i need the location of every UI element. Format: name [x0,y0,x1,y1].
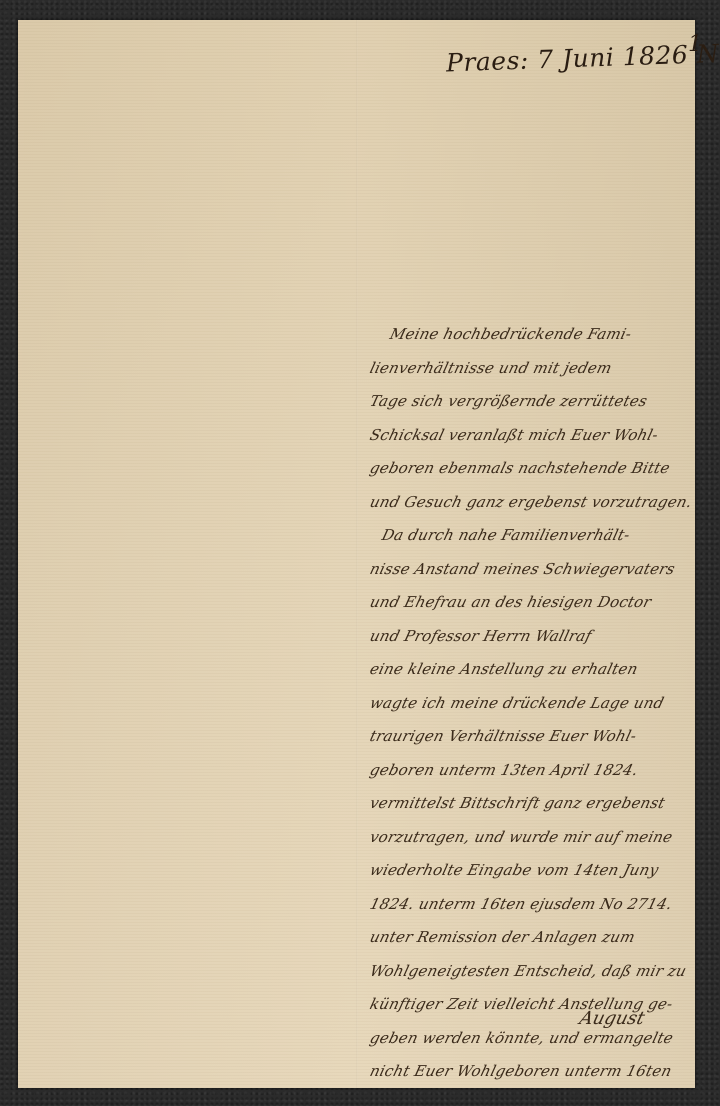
catchword: August [577,1008,646,1029]
paper-fold-line [356,20,358,1088]
letter-page: Praes: 7 Juni 1826 No. 1656 1 Meine hoch… [18,20,695,1088]
body-line: eine kleine Anstellung zu erhalten [366,653,699,687]
body-line: geboren ebenmals nachstehende Bitte [366,452,699,486]
body-line: geben werden könnte, und ermangelte [366,1022,699,1056]
body-line: wagte ich meine drückende Lage und [366,687,699,721]
body-line: wiederholte Eingabe vom 14ten Juny [366,854,699,888]
body-line: 1824. unterm 16ten ejusdem No 2714. [366,888,699,922]
body-line: und Ehefrau an des hiesigen Doctor [366,586,699,620]
body-line: lienverhältnisse und mit jedem [366,352,699,386]
body-line: traurigen Verhältnisse Euer Wohl- [366,720,699,754]
body-line: vermittelst Bittschrift ganz ergebenst [366,787,699,821]
body-line: geboren unterm 13ten April 1824. [366,754,699,788]
body-line: nicht Euer Wohlgeboren unterm 16ten [366,1055,699,1089]
folio-number: 1 [688,32,702,57]
letter-body: Meine hochbedrückende Fami- lienverhältn… [370,318,695,1089]
receipt-annotation: Praes: 7 Juni 1826 No. 1656 [446,36,720,78]
body-line: Schicksal veranlaßt mich Euer Wohl- [366,419,699,453]
body-line: und Professor Herrn Wallraf [366,620,699,654]
body-line: und Gesuch ganz ergebenst vorzutragen. [366,486,699,520]
body-line: künftiger Zeit vielleicht Anstellung ge- [366,988,699,1022]
body-line: unter Remission der Anlagen zum [366,921,699,955]
body-line: Meine hochbedrückende Fami- [366,318,699,352]
body-line: nisse Anstand meines Schwiegervaters [366,553,699,587]
body-line: Da durch nahe Familienverhält- [366,519,699,553]
body-line: Wohlgeneigtesten Entscheid, daß mir zu [366,955,699,989]
body-line: Tage sich vergrößernde zerrüttetes [366,385,699,419]
body-line: vorzutragen, und wurde mir auf meine [366,821,699,855]
